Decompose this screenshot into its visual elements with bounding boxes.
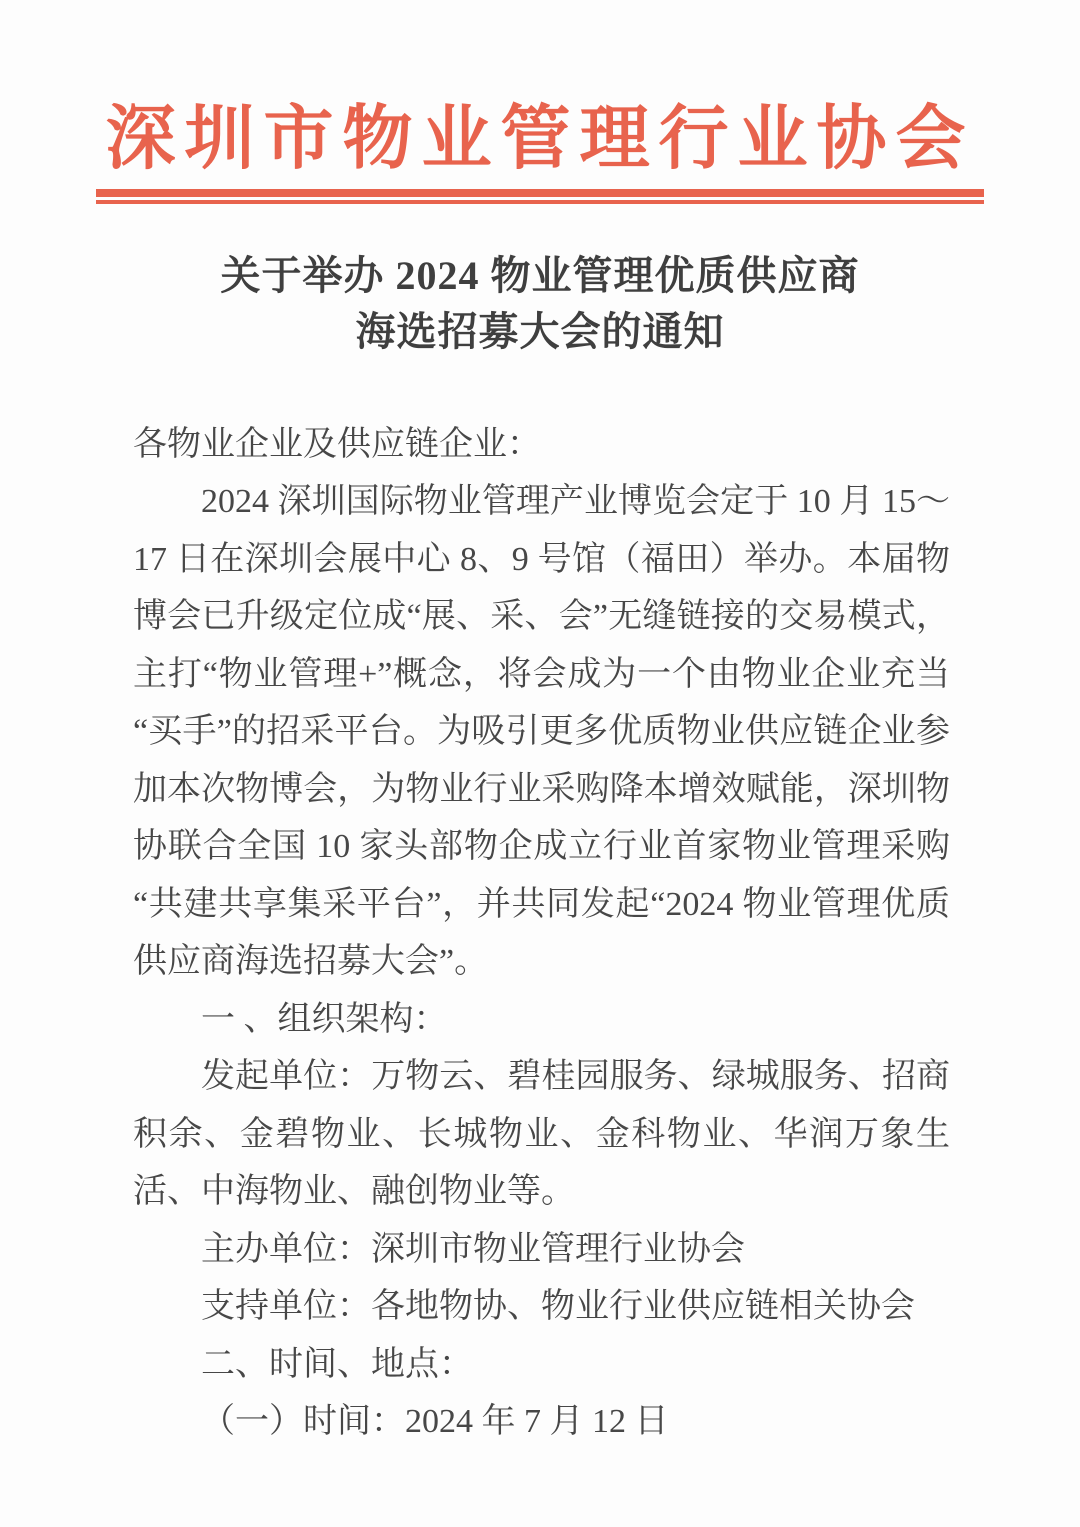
paragraph-time: （一）时间：2024 年 7 月 12 日 [133,1393,950,1451]
paragraph-section-2-heading: 二、时间、地点： [133,1336,950,1394]
letterhead: 深圳市物业管理行业协会 [0,0,1080,204]
notice-title-line-1: 关于举办 2024 物业管理优质供应商 [0,248,1080,304]
paragraph-supporters: 支持单位：各地物协、物业行业供应链相关协会 [133,1278,950,1336]
salutation: 各物业企业及供应链企业： [133,416,950,474]
notice-body: 各物业企业及供应链企业： 2024 深圳国际物业管理产业博览会定于 10 月 1… [133,416,950,1451]
letterhead-double-rule [96,189,984,204]
notice-title: 关于举办 2024 物业管理优质供应商 海选招募大会的通知 [0,248,1080,360]
document-page: 深圳市物业管理行业协会 关于举办 2024 物业管理优质供应商 海选招募大会的通… [0,0,1080,1527]
paragraph-section-1-heading: 一 、组织架构： [133,991,950,1049]
paragraph-host: 主办单位：深圳市物业管理行业协会 [133,1221,950,1279]
notice-title-line-2: 海选招募大会的通知 [0,304,1080,360]
paragraph-initiators: 发起单位：万物云、碧桂园服务、绿城服务、招商积余、金碧物业、长城物业、金科物业、… [133,1048,950,1221]
letterhead-org-name: 深圳市物业管理行业协会 [0,100,1080,181]
paragraph-intro: 2024 深圳国际物业管理产业博览会定于 10 月 15～17 日在深圳会展中心… [133,473,950,991]
